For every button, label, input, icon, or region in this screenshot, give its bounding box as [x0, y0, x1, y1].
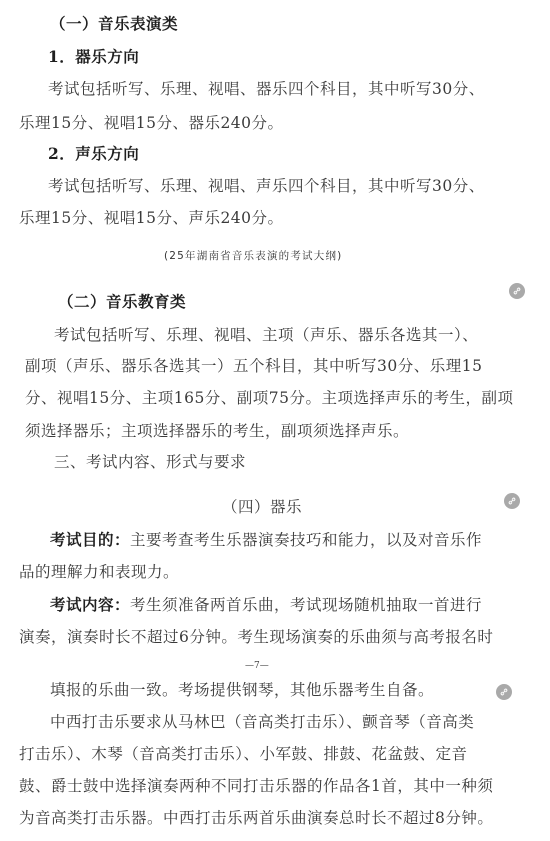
paragraph-line: 考试包括听写、乐理、视唱、器乐四个科目，其中听写30分、 [48, 79, 485, 99]
paragraph-line: 打击乐）、木琴（音高类打击乐）、小军鼓、排鼓、花盆鼓、定音 [19, 744, 468, 764]
label-purpose: 考试目的： [50, 530, 130, 549]
clipped-previous-line [50, 0, 350, 4]
link-icon[interactable] [509, 283, 525, 299]
paragraph-line: 乐理15分、视唱15分、声乐240分。 [19, 208, 284, 228]
paragraph-line: 副项（声乐、器乐各选其一）五个科目，其中听写30分、乐理15 [25, 356, 482, 376]
section-heading-education: （二）音乐教育类 [58, 292, 186, 312]
paragraph-line: 填报的乐曲一致。考场提供钢琴，其他乐器考生自备。 [50, 680, 434, 700]
purpose-text: 主要考查考生乐器演奏技巧和能力，以及对音乐作 [130, 531, 482, 549]
paragraph-line: 分、视唱15分、主项165分、副项75分。主项选择声乐的考生，副项 [25, 388, 514, 408]
section-heading-three: 三、考试内容、形式与要求 [54, 452, 246, 472]
subheading-vocal: 2．声乐方向 [48, 144, 139, 164]
paragraph-line: 乐理15分、视唱15分、器乐240分。 [19, 113, 284, 133]
paragraph-line: 考试包括听写、乐理、视唱、主项（声乐、器乐各选其一）、 [54, 325, 478, 345]
link-icon[interactable] [496, 684, 512, 700]
paragraph-line: 鼓、爵士鼓中选择演奏两种不同打击乐器的作品各1首，其中一种须 [19, 776, 493, 796]
paragraph-line: 演奏，演奏时长不超过6分钟。考生现场演奏的乐曲须与高考报名时 [19, 627, 493, 647]
label-content: 考试内容： [50, 595, 130, 614]
paragraph-purpose: 考试目的：主要考查考生乐器演奏技巧和能力，以及对音乐作 [50, 530, 482, 550]
page-number: —7— [245, 661, 269, 671]
paragraph-line: 品的理解力和表现力。 [19, 562, 179, 582]
subheading-instrumental: 1．器乐方向 [48, 47, 139, 67]
link-icon[interactable] [504, 493, 520, 509]
paragraph-line: 须选择器乐；主项选择器乐的考生，副项须选择声乐。 [25, 421, 409, 441]
section-heading-performance: （一）音乐表演类 [50, 14, 178, 34]
section-heading-instrument: （四）器乐 [222, 497, 302, 517]
paragraph-line: 考试包括听写、乐理、视唱、声乐四个科目，其中听写30分、 [48, 176, 485, 196]
paragraph-line: 中西打击乐要求从马林巴（音高类打击乐）、颤音琴（音高类 [50, 712, 474, 732]
paragraph-line: 为音高类打击乐器。中西打击乐两首乐曲演奏总时长不超过8分钟。 [19, 808, 493, 828]
paragraph-content: 考试内容：考生须准备两首乐曲，考试现场随机抽取一首进行 [50, 595, 482, 615]
content-text: 考生须准备两首乐曲，考试现场随机抽取一首进行 [130, 596, 482, 614]
image-caption: (25年湖南省音乐表演的考试大纲) [164, 248, 342, 263]
